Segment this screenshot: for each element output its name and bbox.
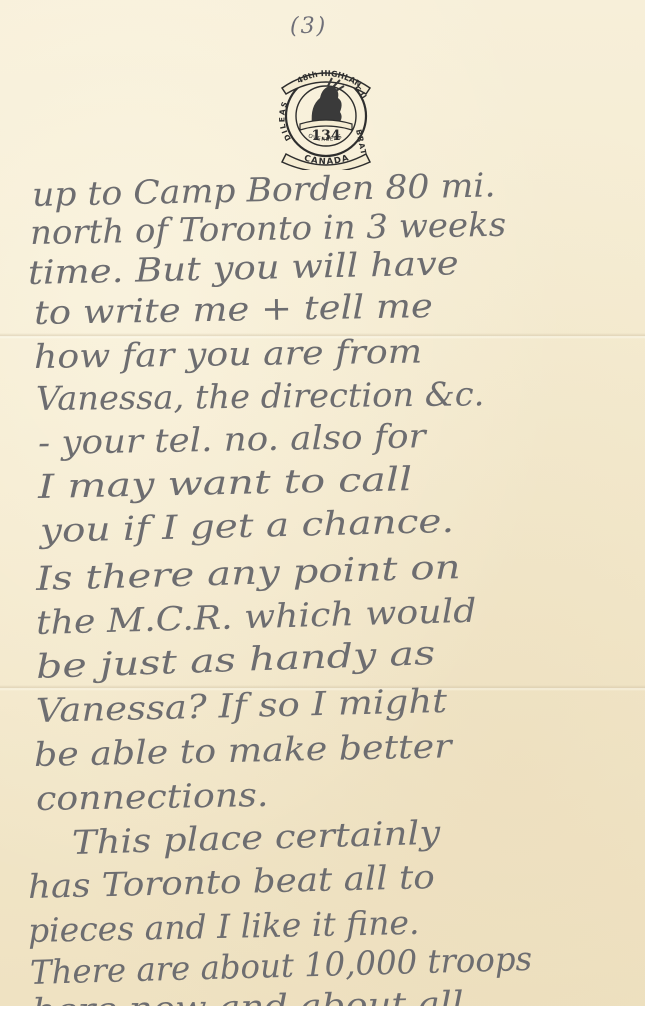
letter-line: you if I get a chance. [40,504,455,547]
letter-line: Is there any point on [36,550,461,595]
letter-line: has Toronto beat all to [28,860,435,903]
letter-line: Vanessa? If so I might [36,684,448,727]
letter-line: connections. [36,778,269,815]
letter-line: how far you are from [34,335,423,373]
letter-line: be able to make better [34,729,452,771]
letter-line: be just as handy as [35,636,435,683]
letter-line: up to Camp Borden 80 mi. [32,168,496,211]
regimental-crest-icon: 48th HIGHLANDERS DILEAS GU BRATH 134 OVE… [270,58,382,170]
letter-page: (3) 48th HIGHLANDERS DILEAS GU BRATH 134 [0,0,645,1006]
letter-line: Vanessa, the direction &c. [36,377,485,415]
crest-left-motto: DILEAS [277,99,293,142]
letter-line: I may want to call [38,462,413,503]
letter-line: pieces and I like it fine. [28,906,420,947]
letter-line: There are about 10,000 troops [30,942,533,989]
letter-line: to write me + tell me [34,289,433,329]
letter-line: - your tel. no. also for [38,419,426,459]
page-number: (3) [290,14,327,39]
letter-line: here now and about all [32,986,464,1006]
letter-line: the M.C.R. which would [36,594,477,639]
letter-line: This place certainly [72,816,441,859]
svg-text:DILEAS: DILEAS [277,99,293,142]
letter-line: time. But you will have [28,246,459,289]
